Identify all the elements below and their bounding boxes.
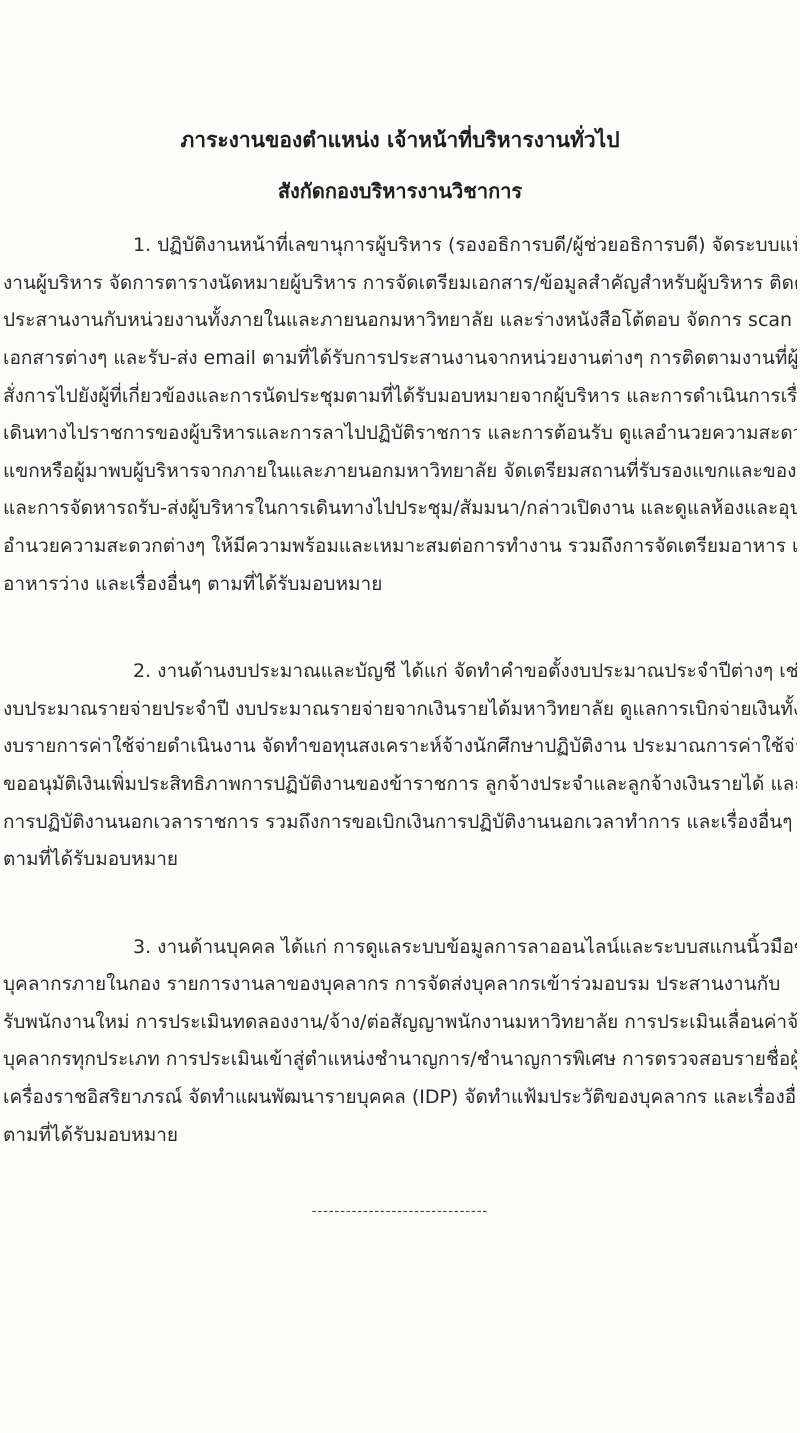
document-page: ภาระงานของตำแหน่ง เจ้าหน้าที่บริหารงานทั… xyxy=(0,0,800,1433)
text-line: บุคลากรภายในกอง รายการงานลาของบุคลากร กา… xyxy=(3,966,797,1004)
document-title: ภาระงานของตำแหน่ง เจ้าหน้าที่บริหารงานทั… xyxy=(3,128,797,153)
separator-dashes: ------------------------------- xyxy=(3,1204,797,1219)
text-line: เอกสารต่างๆ และรับ-ส่ง email ตามที่ได้รั… xyxy=(3,340,797,378)
paragraph: 3. งานด้านบุคคล ได้แก่ การดูแลระบบข้อมูล… xyxy=(3,929,797,1155)
text-line: งบรายการค่าใช้จ่ายดำเนินงาน จัดทำขอทุนสง… xyxy=(3,728,797,766)
paragraph: 1. ปฏิบัติงานหน้าที่เลขานุการผู้บริหาร (… xyxy=(3,227,797,603)
paragraph: 2. งานด้านงบประมาณและบัญชี ได้แก่ จัดทำค… xyxy=(3,653,797,879)
text-line: อาหารว่าง และเรื่องอื่นๆ ตามที่ได้รับมอบ… xyxy=(3,566,797,604)
text-line: งานผู้บริหาร จัดการตารางนัดหมายผู้บริหาร… xyxy=(3,265,797,303)
text-line: ตามที่ได้รับมอบหมาย xyxy=(3,841,797,879)
text-line: บุคลากรทุกประเภท การประเมินเข้าสู่ตำแหน่… xyxy=(3,1041,797,1079)
text-line: แขกหรือผู้มาพบผู้บริหารจากภายในและภายนอก… xyxy=(3,453,797,491)
text-line: 1. ปฏิบัติงานหน้าที่เลขานุการผู้บริหาร (… xyxy=(3,227,797,265)
text-line: ประสานงานกับหน่วยงานทั้งภายในและภายนอกมห… xyxy=(3,302,797,340)
document-body: 1. ปฏิบัติงานหน้าที่เลขานุการผู้บริหาร (… xyxy=(3,227,797,1154)
text-line: 2. งานด้านงบประมาณและบัญชี ได้แก่ จัดทำค… xyxy=(3,653,797,691)
text-line: การปฏิบัติงานนอกเวลาราชการ รวมถึงการขอเบ… xyxy=(3,804,797,842)
text-line: งบประมาณรายจ่ายประจำปี งบประมาณรายจ่ายจา… xyxy=(3,691,797,729)
text-line: อำนวยความสะดวกต่างๆ ให้มีความพร้อมและเหม… xyxy=(3,528,797,566)
text-line: สั่งการไปยังผู้ที่เกี่ยวข้องและการนัดประ… xyxy=(3,378,797,416)
text-line: ขออนุมัติเงินเพิ่มประสิทธิภาพการปฏิบัติง… xyxy=(3,766,797,804)
text-line: และการจัดหารถรับ-ส่งผู้บริหารในการเดินทา… xyxy=(3,490,797,528)
text-line: เดินทางไปราชการของผู้บริหารและการลาไปปฏิ… xyxy=(3,415,797,453)
document-subtitle: สังกัดกองบริหารงานวิชาการ xyxy=(3,179,797,203)
text-line: เครื่องราชอิสริยาภรณ์ จัดทำแผนพัฒนารายบุ… xyxy=(3,1079,797,1117)
text-line: รับพนักงานใหม่ การประเมินทดลองงาน/จ้าง/ต… xyxy=(3,1004,797,1042)
text-line: ตามที่ได้รับมอบหมาย xyxy=(3,1117,797,1155)
text-line: 3. งานด้านบุคคล ได้แก่ การดูแลระบบข้อมูล… xyxy=(3,929,797,967)
